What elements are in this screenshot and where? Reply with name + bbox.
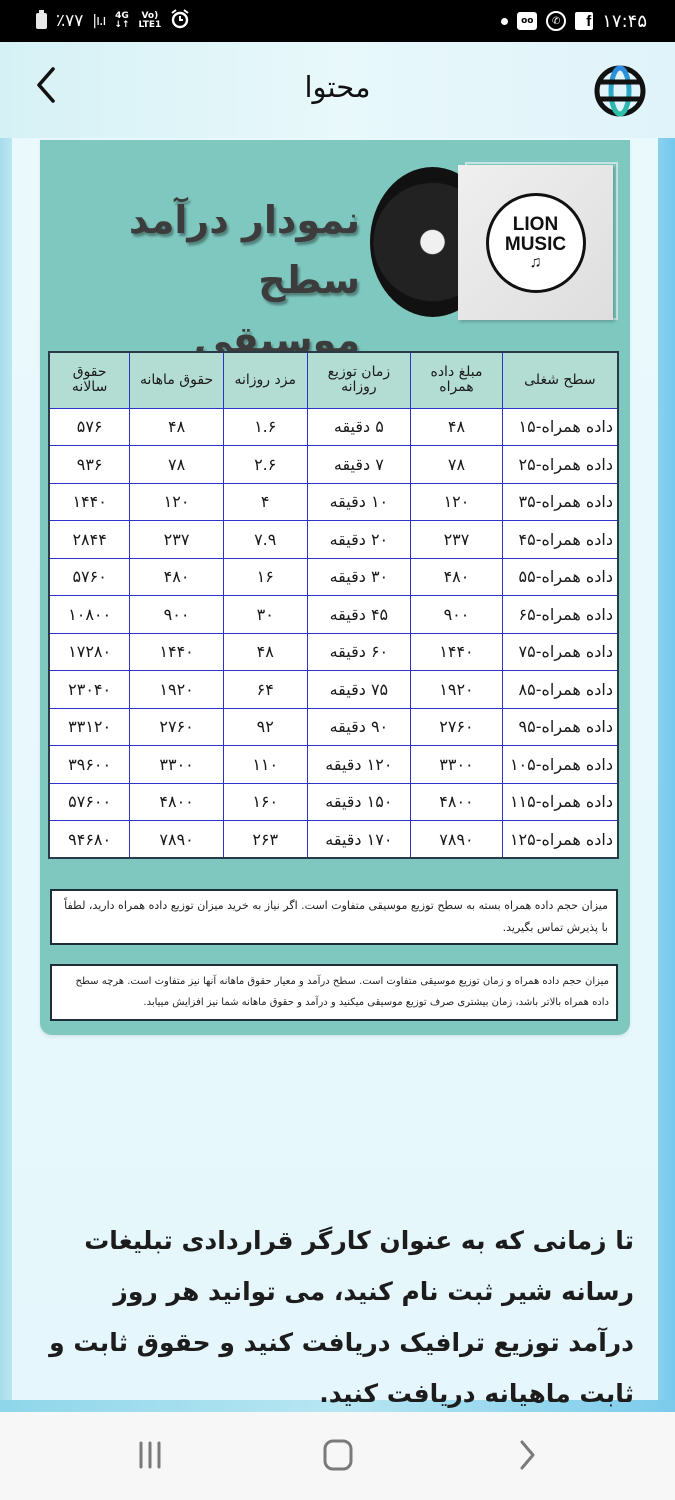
cell-daily-wage: ۷.۹ <box>223 521 307 559</box>
battery-icon <box>36 13 47 29</box>
cell-data-amount: ۳۳۰۰ <box>411 746 503 784</box>
voicemail-icon: oo <box>517 12 537 30</box>
album-cover: LION MUSIC ♫ <box>458 165 613 320</box>
cell-daily-time: ۶۰ دقیقه <box>307 633 411 671</box>
cell-daily-wage: ۱.۶ <box>223 408 307 446</box>
cell-daily-time: ۳۰ دقیقه <box>307 558 411 596</box>
battery-percent: ٪۷۷ <box>56 11 83 31</box>
body-paragraph: تا زمانی که به عنوان کارگر قراردادی تبلی… <box>42 1215 634 1419</box>
table-row: داده همراه-۸۵۱۹۲۰۷۵ دقیقه۶۴۱۹۲۰۲۳۰۴۰ <box>49 671 618 709</box>
cell-job-level: داده همراه-۱۲۵ <box>502 821 618 859</box>
nav-back-button[interactable] <box>497 1432 557 1478</box>
cell-daily-time: ۱۰ دقیقه <box>307 483 411 521</box>
cell-monthly-salary: ۷۸۹۰ <box>130 821 224 859</box>
clock: ۱۷:۴۵ <box>602 11 647 32</box>
header-daily-wage: مزد روزانه <box>223 352 307 408</box>
cell-job-level: داده همراه-۱۱۵ <box>502 783 618 821</box>
cell-data-amount: ۲۷۶۰ <box>411 708 503 746</box>
cell-daily-wage: ۳۰ <box>223 596 307 634</box>
cell-data-amount: ۷۸ <box>411 446 503 484</box>
cell-monthly-salary: ۱۲۰ <box>130 483 224 521</box>
recent-apps-button[interactable] <box>120 1432 180 1478</box>
cell-daily-time: ۱۷۰ دقیقه <box>307 821 411 859</box>
cell-monthly-salary: ۴۸ <box>130 408 224 446</box>
cell-job-level: داده همراه-۲۵ <box>502 446 618 484</box>
cell-daily-time: ۱۲۰ دقیقه <box>307 746 411 784</box>
cell-daily-wage: ۱۶۰ <box>223 783 307 821</box>
table-row: داده همراه-۱۲۵۷۸۹۰۱۷۰ دقیقه۲۶۳۷۸۹۰۹۴۶۸۰ <box>49 821 618 859</box>
system-nav-bar <box>0 1412 675 1500</box>
cell-monthly-salary: ۷۸ <box>130 446 224 484</box>
banner: نمودار درآمد سطح موسیقی LION MUSIC ♫ <box>40 140 630 345</box>
table-header-row: سطح شغلی مبلغ داده همراه زمان توزیع روزا… <box>49 352 618 408</box>
cell-daily-time: ۱۵۰ دقیقه <box>307 783 411 821</box>
cell-annual-salary: ۳۹۶۰۰ <box>49 746 130 784</box>
table-row: داده همراه-۲۵۷۸۷ دقیقه۲.۶۷۸۹۳۶ <box>49 446 618 484</box>
4g-icon: 4G↓↑ <box>114 12 129 30</box>
cell-data-amount: ۴۸۰ <box>411 558 503 596</box>
home-button[interactable] <box>308 1432 368 1478</box>
cell-daily-time: ۷ دقیقه <box>307 446 411 484</box>
cell-annual-salary: ۱۷۲۸۰ <box>49 633 130 671</box>
table-row: داده همراه-۱۰۵۳۳۰۰۱۲۰ دقیقه۱۱۰۳۳۰۰۳۹۶۰۰ <box>49 746 618 784</box>
table-body: داده همراه-۱۵۴۸۵ دقیقه۱.۶۴۸۵۷۶داده همراه… <box>49 408 618 858</box>
cell-data-amount: ۹۰۰ <box>411 596 503 634</box>
status-left: ٪۷۷ |ı.ı 4G↓↑ Vo)LTE1 <box>36 9 190 34</box>
cell-annual-salary: ۵۷۶۰۰ <box>49 783 130 821</box>
cell-annual-salary: ۳۳۱۲۰ <box>49 708 130 746</box>
header-monthly-salary: حقوق ماهانه <box>130 352 224 408</box>
header-annual-salary: حقوق سالانه <box>49 352 130 408</box>
table-row: داده همراه-۳۵۱۲۰۱۰ دقیقه۴۱۲۰۱۴۴۰ <box>49 483 618 521</box>
cell-job-level: داده همراه-۱۵ <box>502 408 618 446</box>
cell-annual-salary: ۱۴۴۰ <box>49 483 130 521</box>
cell-job-level: داده همراه-۱۰۵ <box>502 746 618 784</box>
volte-icon: Vo)LTE1 <box>138 12 161 30</box>
cell-job-level: داده همراه-۵۵ <box>502 558 618 596</box>
cell-daily-wage: ۶۴ <box>223 671 307 709</box>
cell-job-level: داده همراه-۴۵ <box>502 521 618 559</box>
note-box-2: میزان حجم داده همراه و زمان توزیع موسیقی… <box>50 964 618 1021</box>
cell-job-level: داده همراه-۸۵ <box>502 671 618 709</box>
cell-annual-salary: ۵۷۶۰ <box>49 558 130 596</box>
cell-annual-salary: ۲۳۰۴۰ <box>49 671 130 709</box>
banner-title: نمودار درآمد سطح موسیقی <box>70 190 360 370</box>
table-row: داده همراه-۶۵۹۰۰۴۵ دقیقه۳۰۹۰۰۱۰۸۰۰ <box>49 596 618 634</box>
cell-monthly-salary: ۹۰۰ <box>130 596 224 634</box>
cell-data-amount: ۱۴۴۰ <box>411 633 503 671</box>
cell-daily-wage: ۴۸ <box>223 633 307 671</box>
language-button[interactable] <box>592 63 648 119</box>
cell-daily-time: ۷۵ دقیقه <box>307 671 411 709</box>
cell-daily-wage: ۹۲ <box>223 708 307 746</box>
cell-daily-wage: ۲۶۳ <box>223 821 307 859</box>
table-row: داده همراه-۵۵۴۸۰۳۰ دقیقه۱۶۴۸۰۵۷۶۰ <box>49 558 618 596</box>
cell-daily-time: ۹۰ دقیقه <box>307 708 411 746</box>
alarm-icon <box>170 9 190 34</box>
cell-job-level: داده همراه-۷۵ <box>502 633 618 671</box>
note-box-1: میزان حجم داده همراه بسته به سطح توزیع م… <box>50 889 618 945</box>
notification-dot-icon <box>501 18 508 25</box>
whatsapp-icon: ✆ <box>546 11 566 31</box>
table-row: داده همراه-۹۵۲۷۶۰۹۰ دقیقه۹۲۲۷۶۰۳۳۱۲۰ <box>49 708 618 746</box>
cell-annual-salary: ۵۷۶ <box>49 408 130 446</box>
cell-daily-time: ۵ دقیقه <box>307 408 411 446</box>
cell-data-amount: ۷۸۹۰ <box>411 821 503 859</box>
header-data-amount: مبلغ داده همراه <box>411 352 503 408</box>
cell-data-amount: ۴۸ <box>411 408 503 446</box>
cell-monthly-salary: ۱۴۴۰ <box>130 633 224 671</box>
header-job-level: سطح شغلی <box>502 352 618 408</box>
cell-data-amount: ۱۲۰ <box>411 483 503 521</box>
status-right: oo ✆ f ۱۷:۴۵ <box>501 11 647 32</box>
facebook-icon: f <box>575 12 593 30</box>
cell-data-amount: ۱۹۲۰ <box>411 671 503 709</box>
music-note-icon: ♫ <box>530 255 542 271</box>
cell-data-amount: ۴۸۰۰ <box>411 783 503 821</box>
recent-apps-icon <box>135 1440 165 1470</box>
cell-daily-time: ۲۰ دقیقه <box>307 521 411 559</box>
cell-daily-time: ۴۵ دقیقه <box>307 596 411 634</box>
cell-monthly-salary: ۳۳۰۰ <box>130 746 224 784</box>
cell-annual-salary: ۱۰۸۰۰ <box>49 596 130 634</box>
cell-monthly-salary: ۴۸۰۰ <box>130 783 224 821</box>
cell-data-amount: ۲۳۷ <box>411 521 503 559</box>
table-row: داده همراه-۱۵۴۸۵ دقیقه۱.۶۴۸۵۷۶ <box>49 408 618 446</box>
cell-monthly-salary: ۲۳۷ <box>130 521 224 559</box>
cell-daily-wage: ۴ <box>223 483 307 521</box>
cell-monthly-salary: ۲۷۶۰ <box>130 708 224 746</box>
cell-daily-wage: ۲.۶ <box>223 446 307 484</box>
table-row: داده همراه-۴۵۲۳۷۲۰ دقیقه۷.۹۲۳۷۲۸۴۴ <box>49 521 618 559</box>
status-bar: ٪۷۷ |ı.ı 4G↓↑ Vo)LTE1 oo ✆ f ۱۷:۴۵ <box>0 0 675 42</box>
lion-music-logo: LION MUSIC ♫ <box>486 193 586 293</box>
table-row: داده همراه-۷۵۱۴۴۰۶۰ دقیقه۴۸۱۴۴۰۱۷۲۸۰ <box>49 633 618 671</box>
cell-daily-wage: ۱۶ <box>223 558 307 596</box>
cell-job-level: داده همراه-۶۵ <box>502 596 618 634</box>
income-table: سطح شغلی مبلغ داده همراه زمان توزیع روزا… <box>48 351 619 859</box>
table-row: داده همراه-۱۱۵۴۸۰۰۱۵۰ دقیقه۱۶۰۴۸۰۰۵۷۶۰۰ <box>49 783 618 821</box>
globe-icon <box>592 63 648 119</box>
page-title: محتوا <box>0 70 675 104</box>
home-icon <box>322 1439 354 1471</box>
cell-annual-salary: ۹۳۶ <box>49 446 130 484</box>
cell-annual-salary: ۹۴۶۸۰ <box>49 821 130 859</box>
cell-daily-wage: ۱۱۰ <box>223 746 307 784</box>
cell-monthly-salary: ۴۸۰ <box>130 558 224 596</box>
cell-job-level: داده همراه-۳۵ <box>502 483 618 521</box>
cell-monthly-salary: ۱۹۲۰ <box>130 671 224 709</box>
cell-annual-salary: ۲۸۴۴ <box>49 521 130 559</box>
cell-job-level: داده همراه-۹۵ <box>502 708 618 746</box>
signal-icon: |ı.ı <box>92 13 105 29</box>
header-daily-time: زمان توزیع روزانه <box>307 352 411 408</box>
back-icon <box>516 1439 538 1471</box>
